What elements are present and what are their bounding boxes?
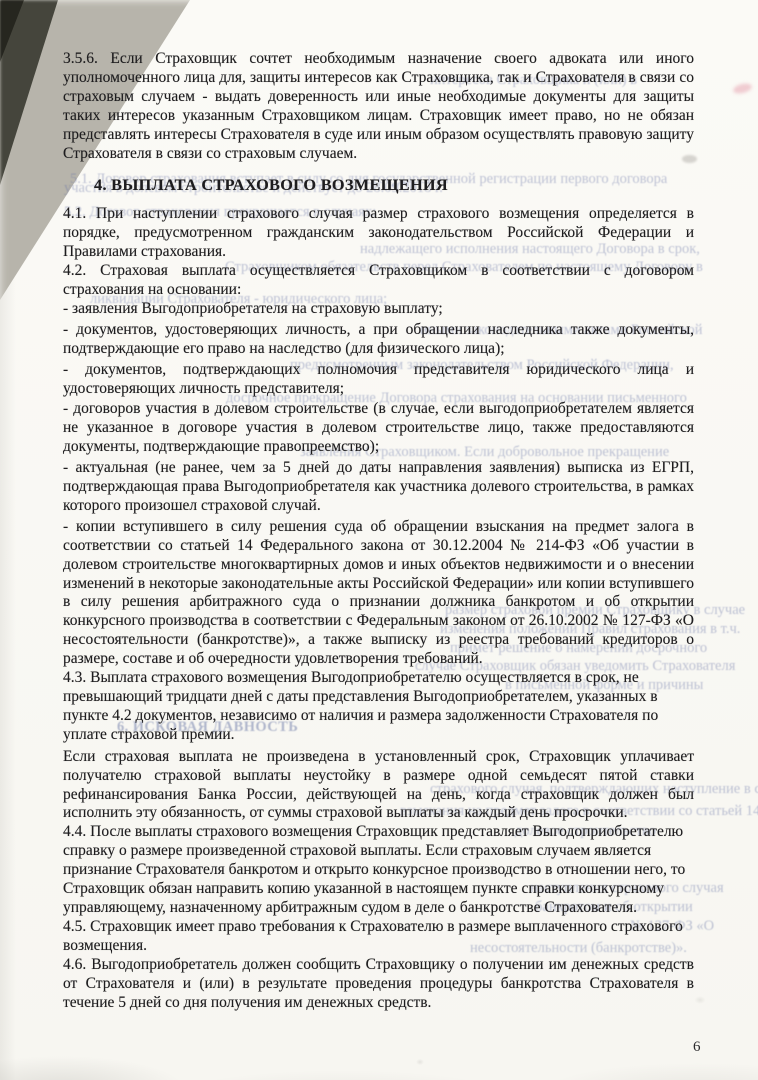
clause-4-5: 4.5. Страховщик имеет право требования к… xyxy=(63,918,694,956)
section-4-heading: 4. ВЫПЛАТА СТРАХОВОГО ВОЗМЕЩЕНИЯ xyxy=(63,176,694,195)
clause-4-2-intro: 4.2. Страховая выплата осуществляется Ст… xyxy=(63,262,694,300)
clause-3-5-6: 3.5.6. Если Страховщик сочтет необходимы… xyxy=(63,50,694,163)
scanned-document-page: интересов Страховщика и (или) в 5.1. Дог… xyxy=(0,0,758,1080)
document-body: 3.5.6. Если Страховщик сочтет необходимы… xyxy=(63,50,694,1012)
clause-4-1: 4.1. При наступлении страхового случая р… xyxy=(63,205,694,262)
clause-4-3: 4.3. Выплата страхового возмещения Выгод… xyxy=(63,669,694,745)
list-item-identity-docs: - документов, удостоверяющих личность, а… xyxy=(63,321,694,359)
page-number: 6 xyxy=(693,1039,701,1056)
clause-4-6: 4.6. Выгодоприобретатель должен сообщить… xyxy=(63,956,694,1013)
clause-4-4: 4.4. После выплаты страхового возмещения… xyxy=(63,823,694,918)
pink-ink-smudge xyxy=(732,82,753,95)
clause-4-3-penalty: Если страховая выплата не произведена в … xyxy=(63,748,694,824)
list-item-court-decision: - копии вступившего в силу решения суда … xyxy=(63,518,694,669)
list-item-representative: - документов, подтверждающих полномочия … xyxy=(63,361,694,399)
list-item-egrp-extract: - актуальная (не ранее, чем за 5 дней до… xyxy=(63,459,694,516)
list-item-participation: - договоров участия в долевом строительс… xyxy=(63,400,694,457)
list-item-statement: - заявления Выгодоприобретателя на страх… xyxy=(63,300,694,319)
